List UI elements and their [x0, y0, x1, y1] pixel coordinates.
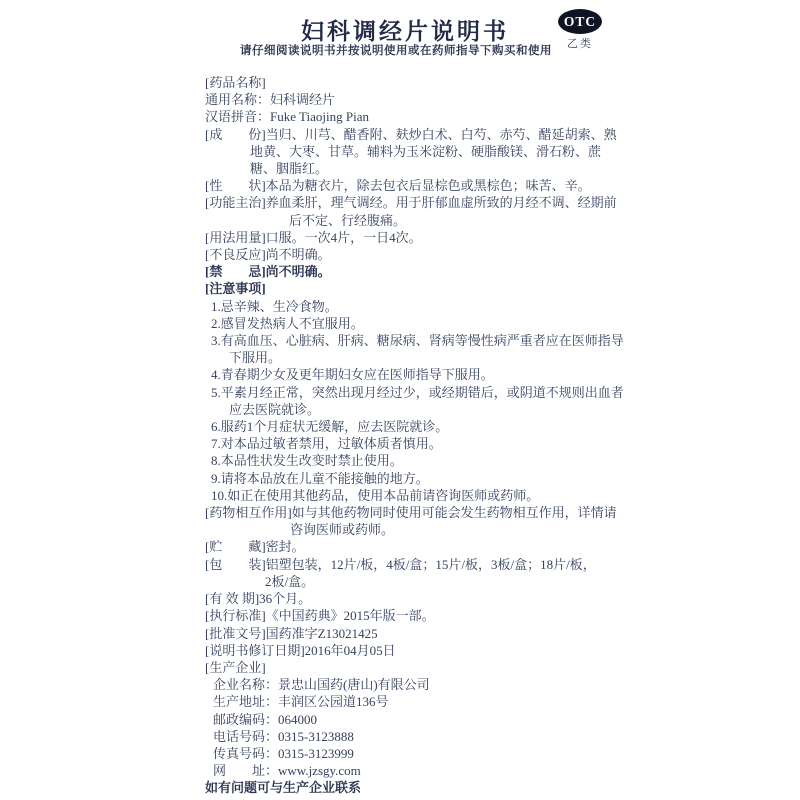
page-subtitle: 请仔细阅读说明书并按说明使用或在药师指导下购买和使用: [0, 42, 792, 58]
precaution-item-3-line-2: 下服用。: [205, 349, 635, 366]
ingredients-text-1: 当归、川芎、醋香附、麸炒白术、白芍、赤芍、醋延胡索、熟: [266, 127, 617, 142]
precaution-item-3-line-1: 3.有高血压、心脏病、肝病、糖尿病、肾病等慢性病严重者应在医师指导: [205, 332, 635, 349]
properties-text: 本品为糖衣片，除去包衣后显棕色或黑棕色；味苦、辛。: [266, 178, 591, 193]
approval-number-label: [批准文号]: [205, 626, 266, 641]
package-line-2: 2板/盒。: [205, 573, 635, 590]
precautions-heading: [注意事项]: [205, 280, 635, 297]
precaution-item-5-line-1: 5.平素月经正常，突然出现月经过少，或经期错后，或阴道不规则出血者: [205, 384, 635, 401]
adverse-reactions-line: [不良反应]尚不明确。: [205, 246, 635, 263]
precaution-item-7: 7.对本品过敏者禁用，过敏体质者慎用。: [205, 435, 635, 452]
standard-line: [执行标准]《中国药典》2015年版一部。: [205, 607, 635, 624]
revision-date-label: [说明书修订日期]: [205, 643, 305, 658]
precaution-item-2: 2.感冒发热病人不宜服用。: [205, 315, 635, 332]
contraindications-label: [禁 忌]: [205, 264, 266, 279]
interactions-text-1: 如与其他药物同时使用可能会发生药物相互作用，详情请: [292, 505, 617, 520]
manufacturer-company-name: 企业名称：景忠山国药(唐山)有限公司: [205, 676, 635, 693]
manufacturer-phone: 电话号码：0315-3123888: [205, 728, 635, 745]
interactions-line-1: [药物相互作用]如与其他药物同时使用可能会发生药物相互作用，详情请: [205, 504, 635, 521]
precaution-item-1: 1.忌辛辣、生冷食物。: [205, 298, 635, 315]
pinyin-line: 汉语拼音：Fuke Tiaojing Pian: [205, 108, 635, 125]
ingredients-line-3: 糖、胭脂红。: [205, 160, 635, 177]
precaution-item-5-line-2: 应去医院就诊。: [205, 401, 635, 418]
approval-number-text: 国药准字Z13021425: [266, 626, 378, 641]
manufacturer-fax: 传真号码：0315-3123999: [205, 745, 635, 762]
validity-line: [有 效 期]36个月。: [205, 590, 635, 607]
manufacturer-address: 生产地址：丰润区公园道136号: [205, 693, 635, 710]
ingredients-label: [成 份]: [205, 127, 266, 142]
storage-line: [贮 藏]密封。: [205, 538, 635, 555]
otc-badge: OTC 乙类: [557, 9, 603, 51]
manufacturer-website: 网 址：www.jzsgy.com: [205, 762, 635, 779]
footer-note: 如有问题可与生产企业联系: [205, 779, 635, 796]
standard-label: [执行标准]: [205, 608, 266, 623]
standard-text: 《中国药典》2015年版一部。: [266, 608, 435, 623]
precaution-item-10: 10.如正在使用其他药品，使用本品前请咨询医师或药师。: [205, 487, 635, 504]
manufacturer-heading: [生产企业]: [205, 659, 635, 676]
manufacturer-postcode: 邮政编码：064000: [205, 711, 635, 728]
storage-label: [贮 藏]: [205, 539, 266, 554]
dosage-label: [用法用量]: [205, 230, 266, 245]
drug-leaflet-page: 妇科调经片说明书 请仔细阅读说明书并按说明使用或在药师指导下购买和使用 OTC …: [0, 0, 800, 800]
package-text-1: 铝塑包装，12片/板，4板/盒；15片/板，3板/盒；18片/板，: [266, 557, 596, 572]
dosage-text: 口服。一次4片，一日4次。: [266, 230, 422, 245]
interactions-label: [药物相互作用]: [205, 505, 292, 520]
validity-text: 36个月。: [259, 591, 311, 606]
section-heading-drug-name: [药品名称]: [205, 74, 635, 91]
indications-label: [功能主治]: [205, 195, 266, 210]
package-line-1: [包 装]铝塑包装，12片/板，4板/盒；15片/板，3板/盒；18片/板，: [205, 556, 635, 573]
generic-name-line: 通用名称：妇科调经片: [205, 91, 635, 108]
ingredients-line-2: 地黄、大枣、甘草。辅料为玉米淀粉、硬脂酸镁、滑石粉、蔗: [205, 143, 635, 160]
properties-line: [性 状]本品为糖衣片，除去包衣后显棕色或黑棕色；味苦、辛。: [205, 177, 635, 194]
revision-date-text: 2016年04月05日: [305, 643, 396, 658]
contraindications-text: 尚不明确。: [266, 264, 331, 279]
adverse-reactions-label: [不良反应]: [205, 247, 266, 262]
precaution-item-4: 4.青春期少女及更年期妇女应在医师指导下服用。: [205, 366, 635, 383]
dosage-line: [用法用量]口服。一次4片，一日4次。: [205, 229, 635, 246]
precaution-item-9: 9.请将本品放在儿童不能接触的地方。: [205, 470, 635, 487]
approval-number-line: [批准文号]国药准字Z13021425: [205, 625, 635, 642]
otc-category-label: 乙类: [557, 35, 603, 51]
indications-line-2: 后不定、行经腹痛。: [205, 212, 635, 229]
storage-text: 密封。: [266, 539, 305, 554]
indications-line-1: [功能主治]养血柔肝，理气调经。用于肝郁血虚所致的月经不调、经期前: [205, 194, 635, 211]
properties-label: [性 状]: [205, 178, 266, 193]
leaflet-body: [药品名称] 通用名称：妇科调经片 汉语拼音：Fuke Tiaojing Pia…: [205, 74, 635, 797]
ingredients-line-1: [成 份]当归、川芎、醋香附、麸炒白术、白芍、赤芍、醋延胡索、熟: [205, 126, 635, 143]
precaution-item-8: 8.本品性状发生改变时禁止使用。: [205, 452, 635, 469]
validity-label: [有 效 期]: [205, 591, 259, 606]
adverse-reactions-text: 尚不明确。: [266, 247, 331, 262]
contraindications-line: [禁 忌]尚不明确。: [205, 263, 635, 280]
package-label: [包 装]: [205, 557, 266, 572]
precaution-item-6: 6.服药1个月症状无缓解，应去医院就诊。: [205, 418, 635, 435]
indications-text-1: 养血柔肝，理气调经。用于肝郁血虚所致的月经不调、经期前: [266, 195, 617, 210]
otc-icon: OTC: [558, 9, 602, 34]
revision-date-line: [说明书修订日期]2016年04月05日: [205, 642, 635, 659]
interactions-line-2: 咨询医师或药师。: [205, 521, 635, 538]
